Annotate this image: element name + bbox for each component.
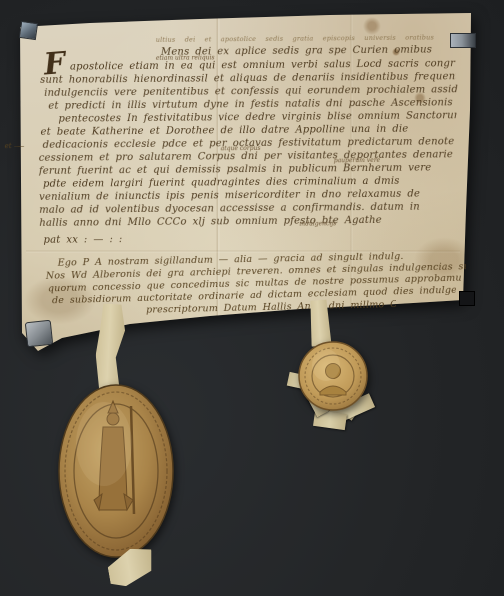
photograph-of-charter: ultius dei et apostolice sedis gratia ep… [0, 0, 504, 596]
small-wax-seal [296, 337, 372, 421]
metal-staple-bottom-left [25, 320, 53, 348]
manuscript-short-line: pat xx : — : : [43, 234, 173, 247]
interlinear-note: pauperum vere [334, 158, 380, 164]
wax-highlight [76, 402, 132, 486]
interlinear-note: etiam ultra reliquis [156, 55, 215, 62]
small-wax-seal-image [296, 337, 372, 417]
large-wax-seal [54, 382, 178, 566]
marginal-insertion-note: et ⎯— [5, 143, 25, 150]
interlinear-note: indulgencijs [299, 221, 336, 227]
manuscript-line: hallis anno dni Mllo CCCo xlj sub omnium… [39, 215, 419, 230]
metal-staple-right [459, 291, 475, 306]
metal-staple-top-right [450, 33, 476, 48]
metal-staple-top-left [19, 21, 38, 40]
interlinear-note: atque corpus [221, 146, 261, 152]
manuscript-top-note: ultius dei et apostolice sedis gratia ep… [156, 34, 456, 44]
large-wax-seal-image [54, 382, 178, 562]
wax-highlight [312, 349, 340, 381]
